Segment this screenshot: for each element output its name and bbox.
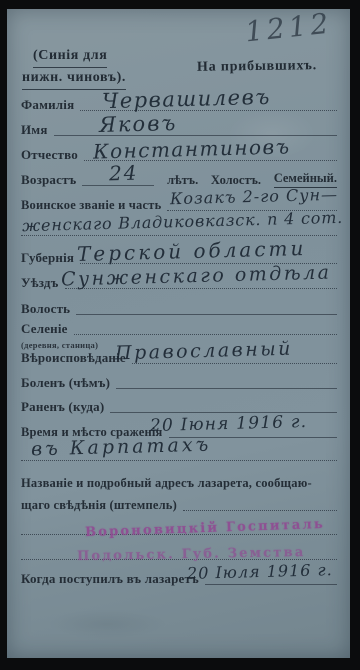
- field-admission-label: Когда поступилъ въ лазаретъ: [21, 571, 199, 587]
- fill-line: [76, 314, 337, 315]
- field-village: Селеніе: [21, 321, 337, 337]
- field-age-value: 24: [109, 161, 139, 186]
- field-illness: Боленъ (чѣмъ): [21, 375, 337, 391]
- field-patronymic-label: Отчество: [21, 147, 78, 163]
- field-hospital-label-text2: щаго свѣдѣнія (штемпель): [21, 498, 177, 513]
- field-hospital-label-line1: Названіе и подробный адресъ лазарета, со…: [21, 475, 337, 491]
- age-suffix: лѣтъ.: [167, 173, 198, 188]
- field-religion-value: Православный: [115, 338, 293, 365]
- blue-card-note-line2: нижн. чиновъ).: [22, 70, 126, 90]
- fill-line: [132, 363, 337, 364]
- field-battle-value-line1: 20 Іюня 1916 г.: [150, 412, 308, 436]
- fill-line: [183, 510, 337, 511]
- fill-line: [74, 334, 337, 335]
- paper-stain: [47, 609, 167, 639]
- field-surname-label: Фамилія: [21, 97, 74, 113]
- form-title: На прибывшихъ.: [197, 58, 317, 76]
- fill-line: [205, 584, 337, 585]
- field-volost-label: Волость: [21, 301, 70, 317]
- field-name-value: Яковъ: [99, 111, 178, 137]
- field-village-sublabel: (деревня, станица): [21, 340, 98, 350]
- field-unit-label: Воинское званіе и часть: [21, 198, 161, 213]
- field-volost: Волость: [21, 301, 337, 317]
- field-hospital-label-text1: Названіе и подробный адресъ лазарета, со…: [21, 476, 312, 491]
- scanned-document: 1212 (Синія для нижн. чиновъ). На прибыв…: [0, 0, 360, 670]
- field-province-label: Губернія: [21, 250, 74, 266]
- field-surname-value: Червашилевъ: [102, 85, 271, 113]
- field-village-label: Селеніе: [21, 321, 68, 337]
- blue-card-note-line1: (Синія для: [33, 48, 107, 68]
- fill-line: [116, 388, 337, 389]
- field-district-label: Уѣздъ: [21, 275, 59, 291]
- field-hospital-label-line2: щаго свѣдѣнія (штемпель): [21, 497, 337, 513]
- fill-line: [54, 135, 337, 136]
- field-religion-label: Вѣроисповѣданіе: [21, 350, 126, 366]
- field-age-label: Возрастъ: [21, 172, 76, 188]
- fill-line: [21, 460, 337, 461]
- registration-number-pencil: 1212: [244, 7, 334, 49]
- marital-option-single: Холостъ.: [211, 173, 261, 188]
- field-admission-value: 20 Іюля 1916 г.: [187, 560, 333, 583]
- field-battle-value-line2: въ Карпатахъ: [31, 434, 212, 461]
- field-wound-label: Раненъ (куда): [21, 399, 104, 415]
- field-illness-label: Боленъ (чѣмъ): [21, 375, 110, 391]
- field-name-label: Имя: [21, 122, 48, 138]
- form-paper: 1212 (Синія для нижн. чиновъ). На прибыв…: [7, 9, 350, 658]
